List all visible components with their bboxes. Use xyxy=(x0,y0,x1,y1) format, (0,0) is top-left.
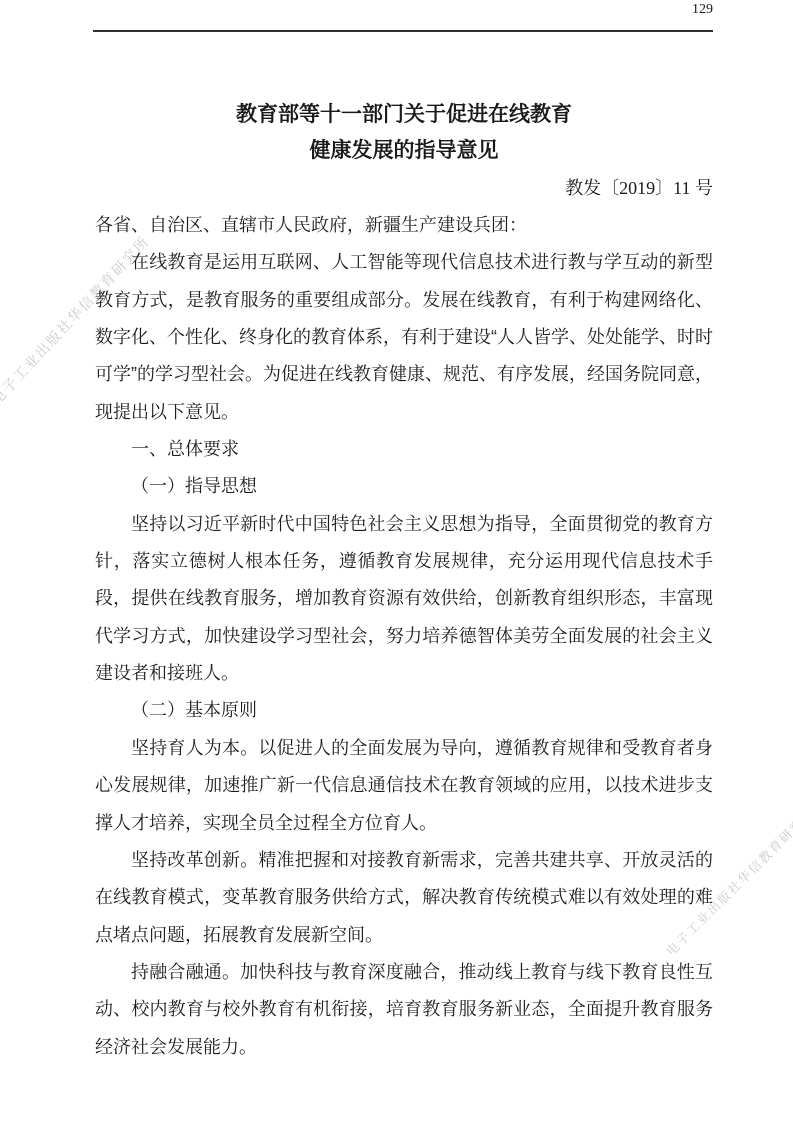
document-number: 教发〔2019〕11 号 xyxy=(95,174,713,200)
paragraph-principle-3: 持融合融通。加快科技与教育深度融合，推动线上教育与线下教育良性互动、校内教育与校… xyxy=(95,954,713,1066)
paragraph-principle-1: 坚持育人为本。以促进人的全面发展为导向，遵循教育规律和受教育者身心发展规律，加速… xyxy=(95,730,713,842)
document-title: 教育部等十一部门关于促进在线教育 健康发展的指导意见 xyxy=(95,97,713,169)
paragraph-principle-2: 坚持改革创新。精准把握和对接教育新需求，完善共建共享、开放灵活的在线教育模式，变… xyxy=(95,842,713,954)
document-page: 129 电子工业出版社华信教育研究所 电子工业出版社华信教育研究所 教育部等十一… xyxy=(0,0,793,1122)
title-line-2: 健康发展的指导意见 xyxy=(95,133,713,169)
salutation-line: 各省、自治区、直辖市人民政府，新疆生产建设兵团： xyxy=(95,207,713,244)
header-rule xyxy=(93,30,713,32)
subsection-heading-1-1: （一）指导思想 xyxy=(95,468,713,505)
paragraph-guiding-ideology: 坚持以习近平新时代中国特色社会主义思想为指导，全面贯彻党的教育方针，落实立德树人… xyxy=(95,506,713,693)
title-line-1: 教育部等十一部门关于促进在线教育 xyxy=(95,97,713,133)
page-number: 129 xyxy=(692,2,713,18)
document-body: 各省、自治区、直辖市人民政府，新疆生产建设兵团： 在线教育是运用互联网、人工智能… xyxy=(95,207,713,1066)
section-heading-1: 一、总体要求 xyxy=(95,431,713,468)
paragraph-intro: 在线教育是运用互联网、人工智能等现代信息技术进行教与学互动的新型教育方式，是教育… xyxy=(95,244,713,431)
subsection-heading-1-2: （二）基本原则 xyxy=(95,692,713,729)
